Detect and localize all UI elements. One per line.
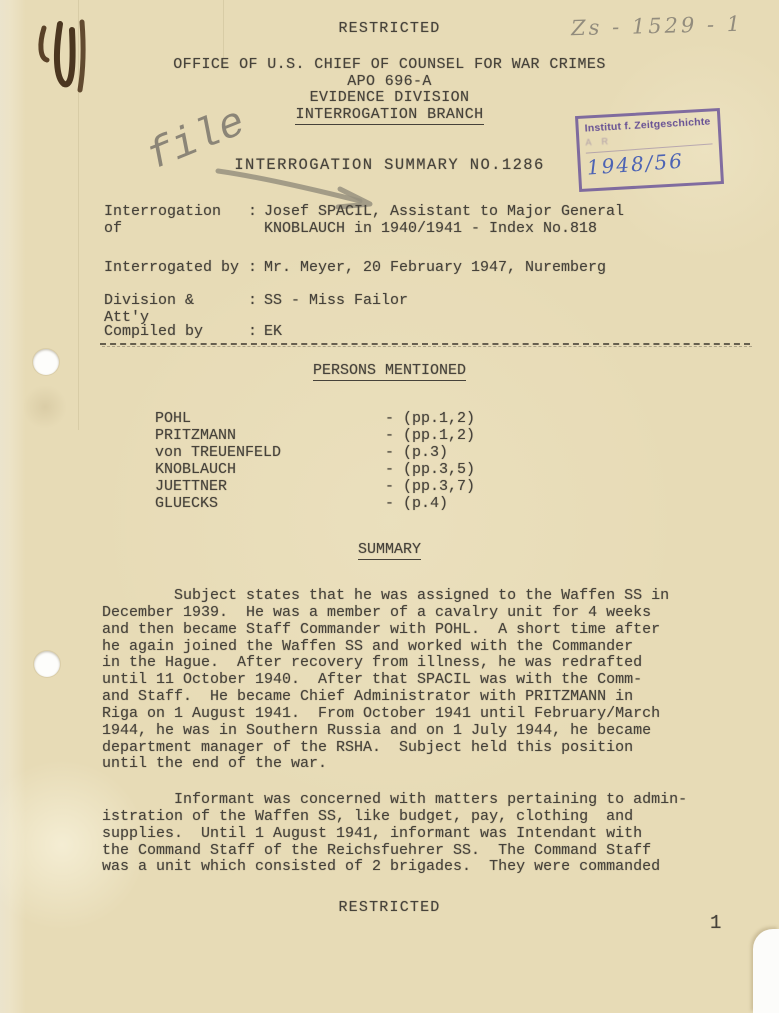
punch-hole	[34, 651, 60, 677]
summary-paragraph-2: Informant was concerned with matters per…	[102, 792, 767, 876]
person-row: JUETTNER - (pp.3,7)	[155, 478, 475, 495]
meta-value: EK	[264, 323, 282, 340]
document-title: INTERROGATION SUMMARY NO.1286	[0, 156, 779, 174]
classification-footer: RESTRICTED	[0, 899, 779, 916]
person-pages: - (p.3)	[385, 444, 448, 461]
person-pages: - (p.4)	[385, 495, 448, 512]
meta-row-division-atty: Division & Att'y : SS - Miss Failor	[104, 292, 408, 326]
meta-row-interrogation-of: Interrogation of : Josef SPACIL, Assista…	[104, 203, 624, 237]
persons-mentioned-heading: PERSONS MENTIONED	[0, 362, 779, 381]
summary-heading: SUMMARY	[0, 541, 779, 560]
meta-value: Josef SPACIL, Assistant to Major General…	[264, 203, 624, 237]
archive-stamp: Institut f. Zeitgeschichte A R 1948/56	[575, 108, 724, 192]
person-pages: - (pp.1,2)	[385, 427, 475, 444]
apo-line: APO 696-A	[0, 74, 779, 91]
meta-value: SS - Miss Failor	[264, 292, 408, 326]
meta-label: Interrogation of	[104, 203, 248, 237]
meta-separator: :	[248, 259, 264, 276]
meta-separator: :	[248, 292, 264, 326]
branch-line: INTERROGATION BRANCH	[295, 107, 483, 126]
meta-label: Division & Att'y	[104, 292, 248, 326]
archive-reference-note: Zs - 1529 - 1	[571, 12, 744, 40]
meta-row-compiled-by: Compiled by : EK	[104, 323, 282, 340]
person-row: von TREUENFELD - (p.3)	[155, 444, 448, 461]
meta-row-interrogated-by: Interrogated by : Mr. Meyer, 20 February…	[104, 259, 606, 276]
meta-label: Compiled by	[104, 323, 248, 340]
meta-value: Mr. Meyer, 20 February 1947, Nuremberg	[264, 259, 606, 276]
person-name: KNOBLAUCH	[155, 461, 385, 478]
scanned-document-page: RESTRICTED Zs - 1529 - 1 OFFICE OF U.S. …	[0, 0, 779, 1013]
meta-label: Interrogated by	[104, 259, 248, 276]
office-line: OFFICE OF U.S. CHIEF OF COUNSEL FOR WAR …	[0, 57, 779, 74]
person-name: PRITZMANN	[155, 427, 385, 444]
person-name: GLUECKS	[155, 495, 385, 512]
meta-separator: :	[248, 323, 264, 340]
division-line: EVIDENCE DIVISION	[0, 90, 779, 107]
person-pages: - (pp.1,2)	[385, 410, 475, 427]
page-corner-curl	[753, 929, 779, 1013]
person-name: von TREUENFELD	[155, 444, 385, 461]
person-row: POHL - (pp.1,2)	[155, 410, 475, 427]
person-name: POHL	[155, 410, 385, 427]
person-pages: - (pp.3,5)	[385, 461, 475, 478]
person-pages: - (pp.3,7)	[385, 478, 475, 495]
page-number: 1	[710, 912, 721, 934]
person-name: JUETTNER	[155, 478, 385, 495]
summary-paragraph-1: Subject states that he was assigned to t…	[102, 588, 767, 773]
person-row: PRITZMANN - (pp.1,2)	[155, 427, 475, 444]
person-row: KNOBLAUCH - (pp.3,5)	[155, 461, 475, 478]
dashed-separator	[100, 343, 750, 345]
person-row: GLUECKS - (p.4)	[155, 495, 448, 512]
meta-separator: :	[248, 203, 264, 237]
